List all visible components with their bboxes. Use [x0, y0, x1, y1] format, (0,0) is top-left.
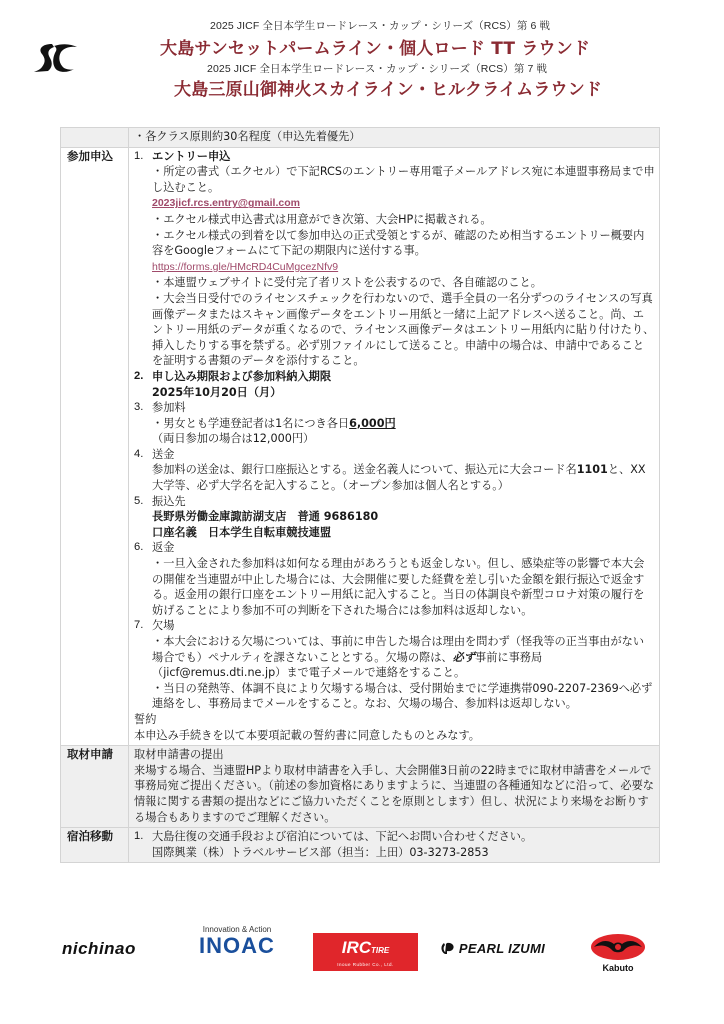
- capacity-label: [61, 128, 129, 148]
- entry-para-3: ・エクセル様式の到着を以て参加申込の正式受領とするが、確認のため相当するエントリ…: [152, 228, 655, 259]
- travel-row: 宿泊移動 1. 大島往復の交通手段および宿泊については、下記へお問い合わせくださ…: [61, 828, 660, 863]
- bank-heading: 振込先: [152, 494, 655, 510]
- item-number: 5.: [134, 494, 152, 541]
- entry-para-2: ・エクセル様式申込書式は用意ができ次第、大会HPに掲載される。: [152, 212, 655, 228]
- irc-tire-label: TIRE: [371, 946, 389, 955]
- travel-text: 大島往復の交通手段および宿泊については、下記へお問い合わせください。: [152, 829, 655, 845]
- entry-para-4: ・本連盟ウェブサイトに受付完了者リストを公表するので、各自確認のこと。: [152, 275, 655, 291]
- capacity-row: ・各クラス原則約30名程度（申込先着優先）: [61, 128, 660, 148]
- item-number: 2.: [134, 369, 152, 400]
- item-number: 7.: [134, 618, 152, 712]
- pearl-izumi-wordmark: PEARL IZUMI: [459, 941, 545, 956]
- pearl-izumi-mark-icon: [441, 941, 455, 955]
- entry-content: 1. エントリー申込 ・所定の書式（エクセル）で下記RCSのエントリー専用電子メ…: [129, 147, 660, 746]
- round2-series-line: 2025 JICF 全日本学生ロードレース・カップ・シリーズ（RCS）第 7 戦: [207, 61, 547, 76]
- entry-email-link[interactable]: 2023jicf.rcs.entry@gmail.com: [152, 197, 300, 209]
- item-number: 3.: [134, 400, 152, 447]
- document-header: 2025 JICF 全日本学生ロードレース・カップ・シリーズ（RCS）第 6 戦…: [0, 0, 724, 110]
- event-code: 1101: [577, 463, 608, 476]
- kabuto-wordmark: Kabuto: [588, 963, 648, 973]
- absence-emphasis: 必ず: [453, 651, 475, 664]
- organization-logo-icon: [30, 40, 80, 76]
- entry-heading: エントリー申込: [152, 149, 655, 165]
- deadline-date: 2025年10月20日（月）: [152, 385, 655, 401]
- round1-title: 大島サンセットパームライン・個人ロード TT ラウンド: [160, 34, 590, 59]
- remit-text: 参加料の送金は、銀行口座振込とする。送金名義人について、振込元に大会コード名: [152, 463, 577, 476]
- absence-heading: 欠場: [152, 618, 655, 634]
- google-form-link[interactable]: https://forms.gle/HMcRD4CuMgcezNfv9: [152, 261, 338, 273]
- capacity-text: ・各クラス原則約30名程度（申込先着優先）: [129, 128, 660, 148]
- irc-wordmark: IRC: [342, 938, 371, 957]
- fee-line: ・男女とも学連登記者は1名につき各日: [152, 417, 349, 430]
- entry-para-1: ・所定の書式（エクセル）で下記RCSのエントリー専用電子メールアドレス宛に本連盟…: [152, 164, 655, 195]
- bank-account: 長野県労働金庫諏訪湖支店 普通 9686180: [152, 509, 655, 525]
- fee-heading: 参加料: [152, 400, 655, 416]
- bank-item: 5. 振込先 長野県労働金庫諏訪湖支店 普通 9686180 口座名義 日本学生…: [134, 494, 655, 541]
- bank-account-holder: 口座名義 日本学生自転車競技連盟: [152, 525, 655, 541]
- press-text: 来場する場合、当連盟HPより取材申請書を入手し、大会開催3日前の22時までに取材…: [134, 763, 655, 825]
- refund-text: ・一旦入金された参加料は如何なる理由があろうとも返金しない。但し、感染症等の影響…: [152, 556, 655, 618]
- nichinao-logo: nichinao: [62, 939, 136, 959]
- fee-item: 3. 参加料 ・男女とも学連登記者は1名につき各日6,000円 （両日参加の場合…: [134, 400, 655, 447]
- press-row: 取材申請 取材申請書の提出 来場する場合、当連盟HPより取材申請書を入手し、大会…: [61, 746, 660, 828]
- inoac-wordmark: INOAC: [186, 934, 288, 958]
- refund-heading: 返金: [152, 540, 655, 556]
- press-heading: 取材申請書の提出: [134, 747, 655, 763]
- pearl-izumi-logo: PEARL IZUMI: [441, 941, 545, 956]
- remit-item: 4. 送金 参加料の送金は、銀行口座振込とする。送金名義人について、振込元に大会…: [134, 447, 655, 494]
- absence-item: 7. 欠場 ・本大会における欠場については、事前に申告した場合は理由を問わず（怪…: [134, 618, 655, 712]
- inoac-logo: Innovation & Action INOAC: [186, 925, 288, 958]
- refund-item: 6. 返金 ・一旦入金された参加料は如何なる理由があろうとも返金しない。但し、感…: [134, 540, 655, 618]
- item-number: 1.: [134, 829, 152, 860]
- press-label: 取材申請: [61, 746, 129, 828]
- round1-series-line: 2025 JICF 全日本学生ロードレース・カップ・シリーズ（RCS）第 6 戦: [210, 18, 550, 33]
- entry-para-5: ・大会当日受付でのライセンスチェックを行わないので、選手全員の一名分ずつのライセ…: [152, 291, 655, 369]
- travel-contact: 国際興業（株）トラベルサービス部（担当：上田）03-3273-2853: [152, 845, 655, 861]
- fee-note: （両日参加の場合は12,000円）: [152, 431, 655, 447]
- fee-amount: 6,000円: [349, 417, 396, 430]
- absence-text: ・本大会における欠場については、事前に申告した場合は理由を問わず（怪我等の正当事…: [152, 635, 644, 664]
- remit-heading: 送金: [152, 447, 655, 463]
- deadline-heading: 申し込み期限および参加料納入期限: [152, 369, 655, 385]
- sponsor-logos: nichinao Innovation & Action INOAC IRCTI…: [0, 925, 724, 975]
- entry-item: 1. エントリー申込 ・所定の書式（エクセル）で下記RCSのエントリー専用電子メ…: [134, 149, 655, 369]
- entry-row: 参加申込 1. エントリー申込 ・所定の書式（エクセル）で下記RCSのエントリー…: [61, 147, 660, 746]
- press-content: 取材申請書の提出 来場する場合、当連盟HPより取材申請書を入手し、大会開催3日前…: [129, 746, 660, 828]
- entry-label: 参加申込: [61, 147, 129, 746]
- travel-label: 宿泊移動: [61, 828, 129, 863]
- travel-content: 1. 大島往復の交通手段および宿泊については、下記へお問い合わせください。 国際…: [129, 828, 660, 863]
- entry-info-table: ・各クラス原則約30名程度（申込先着優先） 参加申込 1. エントリー申込 ・所…: [60, 127, 660, 863]
- item-number: 4.: [134, 447, 152, 494]
- round2-title: 大島三原山御神火スカイライン・ヒルクライムラウンド: [174, 75, 602, 100]
- kabuto-logo: Kabuto: [588, 933, 648, 973]
- item-number: 1.: [134, 149, 152, 369]
- kabuto-emblem-icon: [590, 933, 646, 961]
- irc-tire-logo: IRCTIRE Inoue Rubber Co., Ltd.: [313, 933, 418, 971]
- pledge-text: 本申込み手続きを以て本要項記載の誓約書に同意したものとみなす。: [134, 728, 655, 744]
- absence-para-2: ・当日の発熱等、体調不良により欠場する場合は、受付開始までに学連携帯090-22…: [152, 681, 655, 712]
- pledge-heading: 誓約: [134, 712, 655, 728]
- item-number: 6.: [134, 540, 152, 618]
- deadline-item: 2. 申し込み期限および参加料納入期限 2025年10月20日（月）: [134, 369, 655, 400]
- irc-company: Inoue Rubber Co., Ltd.: [313, 962, 418, 967]
